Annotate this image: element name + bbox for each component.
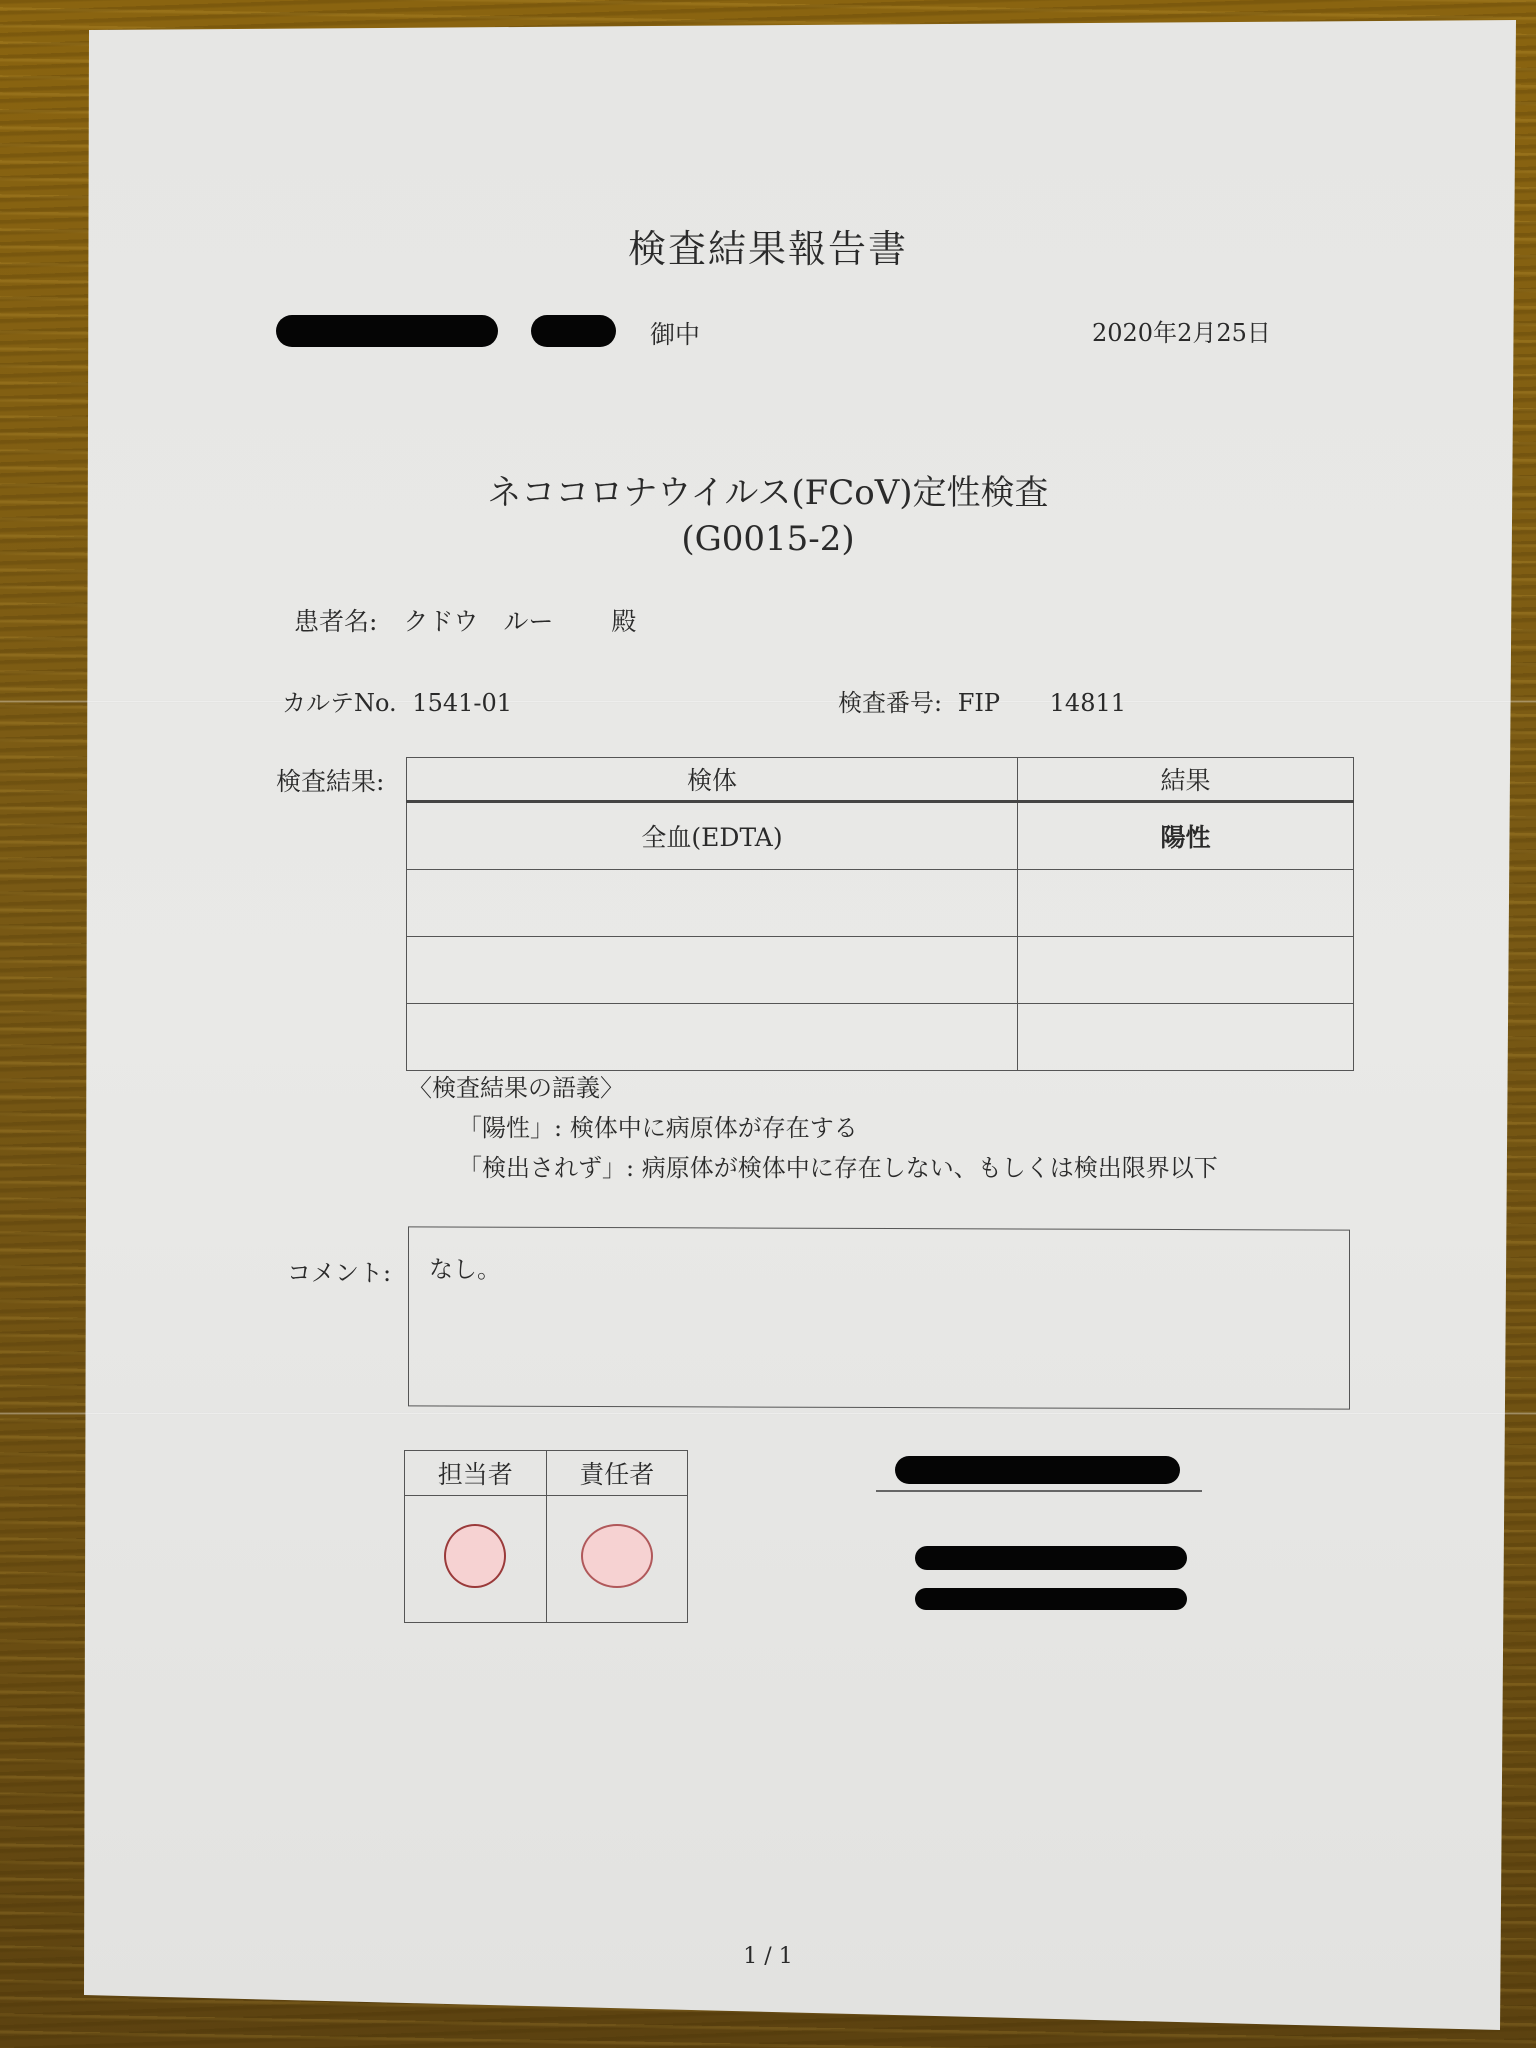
seal-stamp-icon — [581, 1524, 653, 1588]
person-in-charge-header: 担当者 — [405, 1451, 547, 1496]
chart-no-value: 1541-01 — [412, 689, 512, 717]
result-cell — [1018, 937, 1354, 1004]
signature-line — [876, 1490, 1202, 1492]
test-no-label: 検査番号: — [838, 689, 942, 717]
paper-fold-line — [0, 700, 1536, 703]
results-table: 検体 結果 全血(EDTA) 陽性 — [406, 757, 1354, 1071]
results-label: 検査結果: — [276, 762, 384, 798]
result-header: 結果 — [1018, 758, 1354, 802]
patient-name-row: 患者名: クドウ ルー 殿 — [294, 602, 636, 638]
table-row: 全血(EDTA) 陽性 — [407, 802, 1354, 870]
report-date: 2020年2月25日 — [1092, 313, 1271, 348]
approval-stamps-table: 担当者 責任者 — [404, 1450, 688, 1623]
redacted-institution-name — [895, 1456, 1180, 1484]
result-cell — [1018, 1004, 1354, 1071]
patient-name: クドウ ルー — [403, 602, 553, 638]
results-header-row: 検体 結果 — [407, 758, 1354, 802]
chart-no-label: カルテNo. — [282, 689, 397, 717]
result-glossary: 〈検査結果の語義〉 「陽性」: 検体中に病原体が存在する 「検出されず」: 病原… — [408, 1068, 1218, 1188]
document-title: 検査結果報告書 — [0, 218, 1536, 273]
table-row — [407, 937, 1354, 1004]
test-no-value: 14811 — [1050, 689, 1126, 717]
redacted-contact — [915, 1588, 1187, 1610]
page-number: 1 / 1 — [0, 1944, 1536, 1969]
test-no-prefix: FIP — [958, 689, 1000, 717]
table-row — [407, 870, 1354, 937]
patient-honorific: 殿 — [611, 602, 636, 638]
redacted-addressee — [531, 315, 616, 347]
supervisor-header: 責任者 — [546, 1451, 688, 1496]
specimen-cell — [407, 1004, 1018, 1071]
specimen-cell — [407, 937, 1018, 1004]
specimen-cell — [407, 870, 1018, 937]
addressee-suffix: 御中 — [650, 315, 700, 351]
glossary-item-positive: 「陽性」: 検体中に病原体が存在する — [408, 1108, 1218, 1148]
supervisor-stamp-cell — [546, 1496, 688, 1623]
result-cell: 陽性 — [1018, 802, 1354, 870]
comment-text: なし。 — [429, 1249, 501, 1284]
test-name: ネココロナウイルス(FCoV)定性検査 — [0, 470, 1536, 516]
patient-label: 患者名: — [294, 602, 377, 638]
test-number-row: 検査番号: FIP 14811 — [838, 683, 1126, 718]
specimen-header: 検体 — [407, 758, 1018, 802]
redacted-address — [915, 1546, 1187, 1570]
comment-box: なし。 — [408, 1226, 1350, 1409]
test-heading: ネココロナウイルス(FCoV)定性検査 (G0015-2) — [0, 470, 1536, 562]
person-in-charge-stamp-cell — [405, 1496, 547, 1623]
redacted-addressee — [276, 315, 498, 347]
test-code: (G0015-2) — [0, 516, 1536, 562]
specimen-cell: 全血(EDTA) — [407, 802, 1018, 870]
chart-number-row: カルテNo. 1541-01 — [282, 683, 512, 718]
glossary-item-not-detected: 「検出されず」: 病原体が検体中に存在しない、もしくは検出限界以下 — [408, 1148, 1218, 1188]
table-row — [407, 1004, 1354, 1071]
glossary-heading: 〈検査結果の語義〉 — [408, 1068, 1218, 1108]
seal-stamp-icon — [444, 1524, 506, 1588]
result-cell — [1018, 870, 1354, 937]
comment-label: コメント: — [287, 1253, 391, 1288]
paper-fold-line — [0, 1412, 1536, 1415]
